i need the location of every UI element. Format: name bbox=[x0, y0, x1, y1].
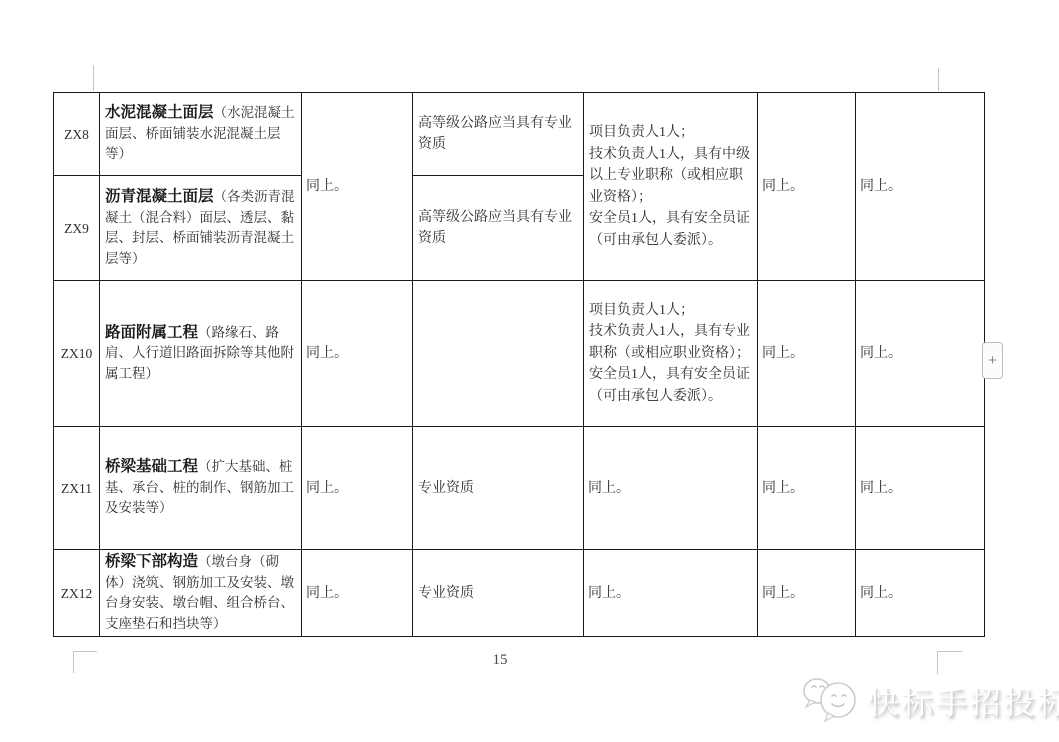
cell-zx10-same-as-above-2: 同上。 bbox=[758, 281, 856, 427]
zx10-project-name: 路面附属工程 bbox=[105, 324, 198, 341]
zx8-project-name: 水泥混凝土面层 bbox=[105, 104, 214, 121]
table-row-zx8: ZX8 水泥混凝土面层（水泥混凝土面层、桥面铺装水泥混凝土层等） 同上。 高等级… bbox=[54, 93, 985, 176]
page-number: 15 bbox=[445, 652, 555, 669]
cell-zx11-same-as-above: 同上。 bbox=[302, 427, 413, 550]
cell-zx8-9-same-as-above-3: 同上。 bbox=[856, 93, 985, 281]
margin-mark-bottom-right bbox=[937, 651, 962, 674]
document-page: ZX8 水泥混凝土面层（水泥混凝土面层、桥面铺装水泥混凝土层等） 同上。 高等级… bbox=[0, 0, 1059, 742]
cell-zx10-code: ZX10 bbox=[54, 281, 100, 427]
qualification-table: ZX8 水泥混凝土面层（水泥混凝土面层、桥面铺装水泥混凝土层等） 同上。 高等级… bbox=[53, 92, 985, 637]
cell-zx8-qualification: 高等级公路应当具有专业资质 bbox=[413, 93, 584, 176]
cell-zx11-qualification: 专业资质 bbox=[413, 427, 584, 550]
zx12-project-name: 桥梁下部构造 bbox=[105, 553, 198, 570]
table-row-zx12: ZX12 桥梁下部构造（墩台身（砌体）浇筑、钢筋加工及安装、墩台身安装、墩台帽、… bbox=[54, 550, 985, 637]
cell-zx8-name: 水泥混凝土面层（水泥混凝土面层、桥面铺装水泥混凝土层等） bbox=[100, 93, 302, 176]
cell-zx11-same-as-above-2: 同上。 bbox=[758, 427, 856, 550]
cell-zx9-name: 沥青混凝土面层（各类沥青混凝土（混合料）面层、透层、黏层、封层、桥面铺装沥青混凝… bbox=[100, 176, 302, 281]
cell-zx11-code: ZX11 bbox=[54, 427, 100, 550]
cell-zx12-personnel: 同上。 bbox=[584, 550, 758, 637]
cell-zx10-name: 路面附属工程（路缘石、路肩、人行道旧路面拆除等其他附属工程） bbox=[100, 281, 302, 427]
cell-zx10-qualification bbox=[413, 281, 584, 427]
cell-zx9-code: ZX9 bbox=[54, 176, 100, 281]
table-row-zx11: ZX11 桥梁基础工程（扩大基础、桩基、承台、桩的制作、钢筋加工及安装等） 同上… bbox=[54, 427, 985, 550]
cell-zx11-personnel: 同上。 bbox=[584, 427, 758, 550]
margin-mark-top-right bbox=[938, 68, 939, 91]
table-row-zx10: ZX10 路面附属工程（路缘石、路肩、人行道旧路面拆除等其他附属工程） 同上。 … bbox=[54, 281, 985, 427]
watermark-text: 快标手招投标 bbox=[868, 678, 1059, 723]
cell-zx10-personnel: 项目负责人1人； 技术负责人1人，具有专业职称（或相应职业资格）； 安全员1人，… bbox=[584, 281, 758, 427]
margin-mark-bottom-left bbox=[73, 651, 97, 673]
add-button[interactable]: + bbox=[982, 342, 1003, 379]
cell-zx12-same-as-above-3: 同上。 bbox=[856, 550, 985, 637]
cell-zx12-code: ZX12 bbox=[54, 550, 100, 637]
cell-zx11-same-as-above-3: 同上。 bbox=[856, 427, 985, 550]
zx9-project-name: 沥青混凝土面层 bbox=[105, 188, 214, 205]
cell-zx11-name: 桥梁基础工程（扩大基础、桩基、承台、桩的制作、钢筋加工及安装等） bbox=[100, 427, 302, 550]
cell-zx12-same-as-above-2: 同上。 bbox=[758, 550, 856, 637]
cell-zx8-9-same-as-above: 同上。 bbox=[302, 93, 413, 281]
cell-zx12-qualification: 专业资质 bbox=[413, 550, 584, 637]
cell-zx8-9-same-as-above-2: 同上。 bbox=[758, 93, 856, 281]
zx11-project-name: 桥梁基础工程 bbox=[105, 458, 198, 475]
margin-mark-top-left bbox=[93, 65, 94, 91]
cell-zx10-same-as-above: 同上。 bbox=[302, 281, 413, 427]
cell-zx10-same-as-above-3: 同上。 bbox=[856, 281, 985, 427]
watermark: 快标手招投标 bbox=[800, 672, 1059, 728]
cell-zx9-qualification: 高等级公路应当具有专业资质 bbox=[413, 176, 584, 281]
chat-bubbles-logo-icon bbox=[800, 672, 864, 728]
cell-zx12-name: 桥梁下部构造（墩台身（砌体）浇筑、钢筋加工及安装、墩台身安装、墩台帽、组合桥台、… bbox=[100, 550, 302, 637]
cell-zx8-code: ZX8 bbox=[54, 93, 100, 176]
cell-zx8-9-personnel: 项目负责人1人； 技术负责人1人，具有中级以上专业职称（或相应职业资格）； 安全… bbox=[584, 93, 758, 281]
cell-zx12-same-as-above: 同上。 bbox=[302, 550, 413, 637]
